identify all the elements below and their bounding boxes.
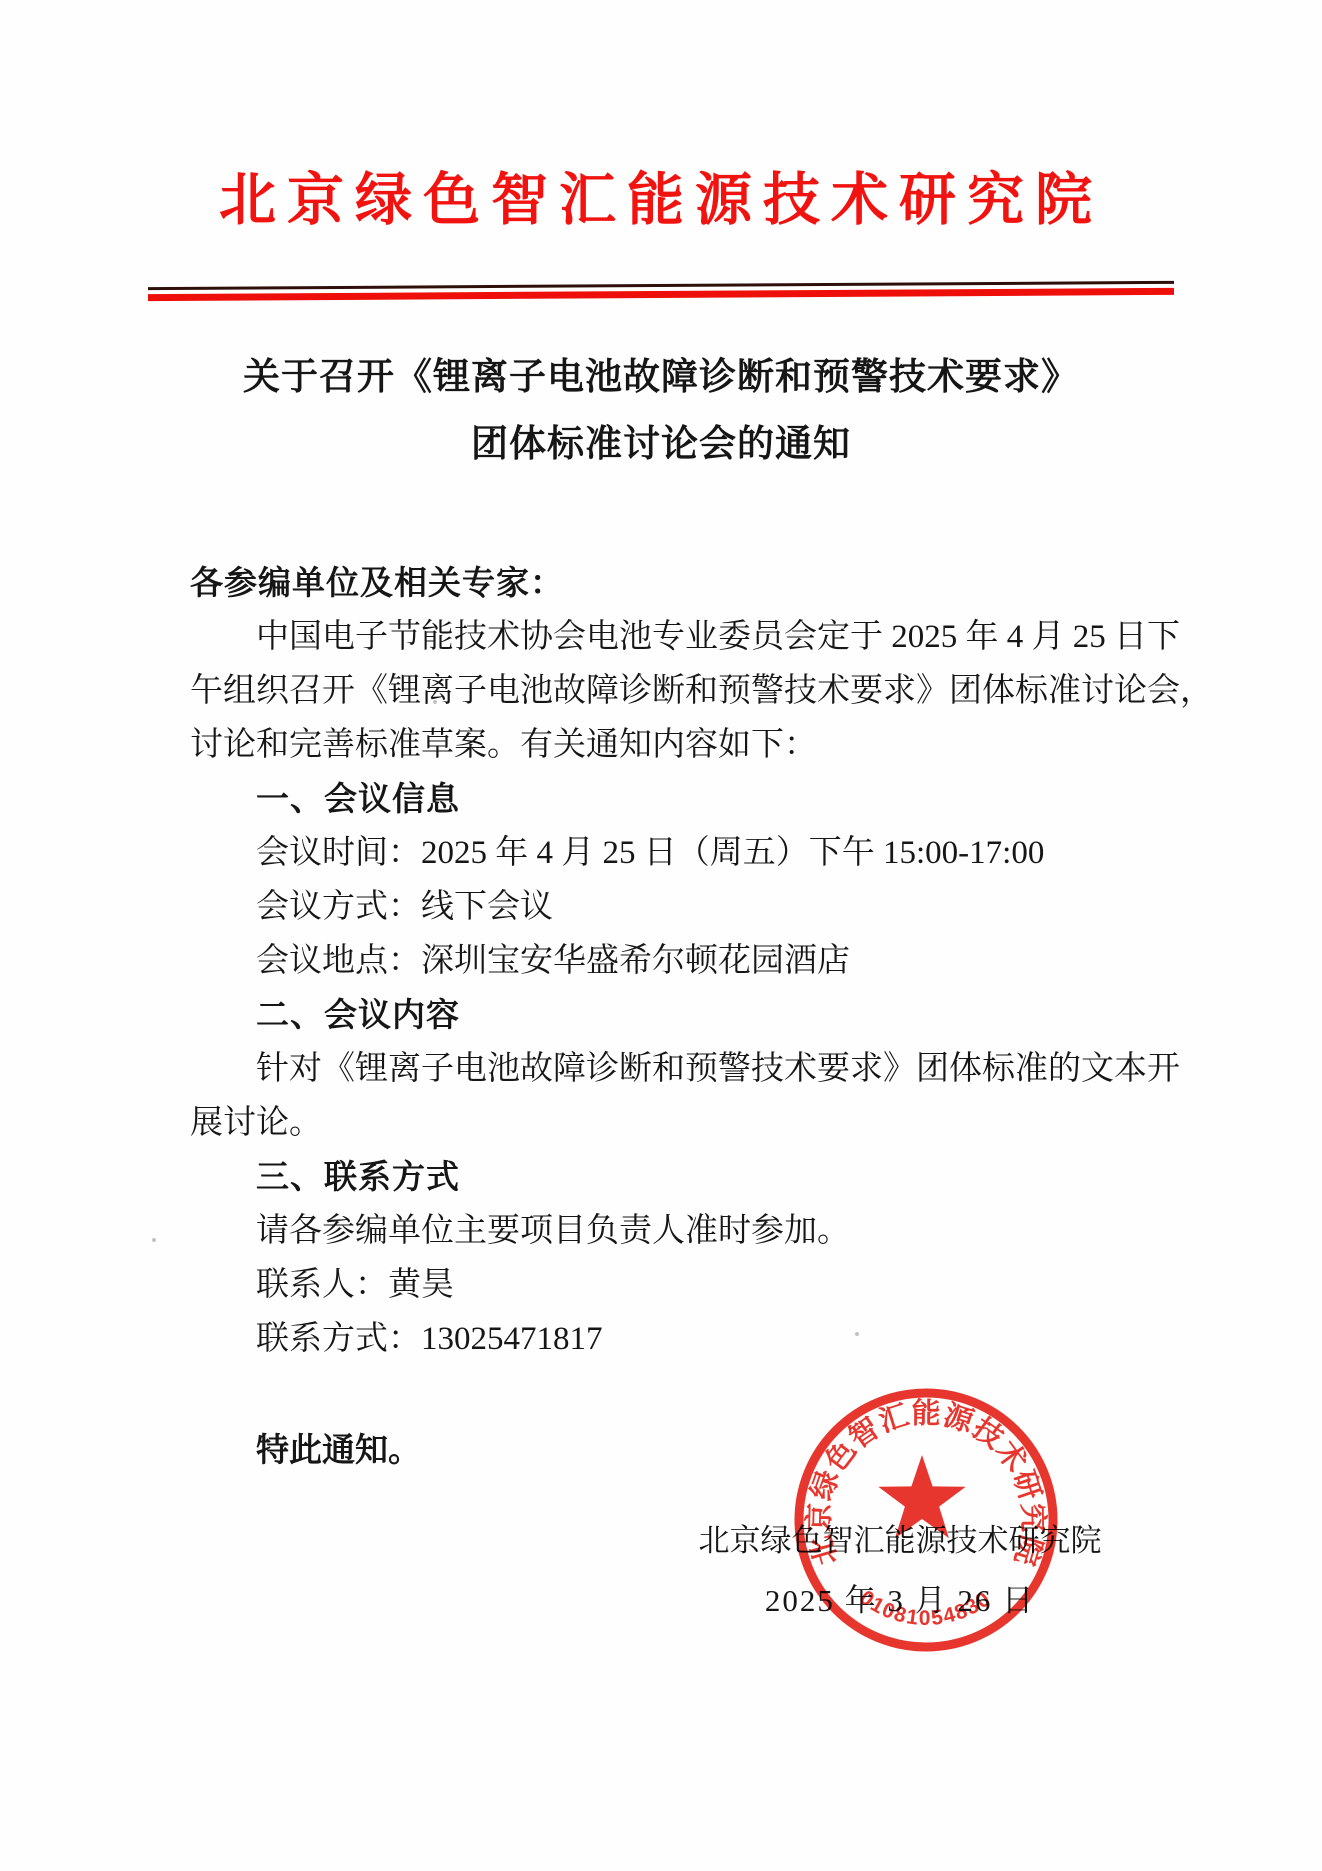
meeting-mode-line: 会议方式：线下会议 xyxy=(190,880,1140,934)
letterhead-divider xyxy=(148,284,1174,298)
official-seal-stamp: 北京绿色智汇能源技术研究院 01081054830 xyxy=(790,1384,1064,1658)
attend-request-line: 请各参编单位主要项目负责人准时参加。 xyxy=(190,1204,1140,1258)
meeting-place-line: 会议地点：深圳宝安华盛希尔顿花园酒店 xyxy=(190,934,1140,988)
seal-star-icon xyxy=(878,1455,965,1538)
notice-body: 各参编单位及相关专家： 中国电子节能技术协会电池专业委员会定于 2025 年 4… xyxy=(190,556,1140,1366)
scan-speck xyxy=(433,700,437,704)
scan-speck xyxy=(152,1238,156,1242)
meeting-time-line: 会议时间：2025 年 4 月 25 日（周五）下午 15:00-17:00 xyxy=(190,826,1140,880)
closing-phrase: 特此通知。 xyxy=(190,1424,421,1471)
seal-serial-number: 01081054830 xyxy=(855,1586,995,1630)
notice-document-page: 北京绿色智汇能源技术研究院 关于召开《锂离子电池故障诊断和预警技术要求》 团体标… xyxy=(0,0,1322,1871)
paragraph-line: 讨论和完善标准草案。有关通知内容如下： xyxy=(190,718,1140,772)
paragraph-line: 展讨论。 xyxy=(190,1096,1140,1150)
section-heading-1: 一、会议信息 xyxy=(190,772,1140,826)
salutation: 各参编单位及相关专家： xyxy=(190,556,1140,610)
document-title-line1: 关于召开《锂离子电池故障诊断和预警技术要求》 xyxy=(0,346,1322,400)
paragraph-line: 午组织召开《锂离子电池故障诊断和预警技术要求》团体标准讨论会， xyxy=(190,664,1140,718)
scan-speck xyxy=(855,1332,859,1336)
contact-phone-line: 联系方式：13025471817 xyxy=(190,1312,1140,1366)
section-heading-3: 三、联系方式 xyxy=(190,1150,1140,1204)
paragraph-line: 针对《锂离子电池故障诊断和预警技术要求》团体标准的文本开 xyxy=(190,1042,1140,1096)
section-heading-2: 二、会议内容 xyxy=(190,988,1140,1042)
paragraph-line: 中国电子节能技术协会电池专业委员会定于 2025 年 4 月 25 日下 xyxy=(190,610,1140,664)
document-title-line2: 团体标准讨论会的通知 xyxy=(0,413,1322,467)
letterhead-title: 北京绿色智汇能源技术研究院 xyxy=(0,154,1322,236)
svg-text:01081054830: 01081054830 xyxy=(855,1586,995,1630)
divider-thick-line xyxy=(148,288,1174,301)
contact-person-line: 联系人：黄昊 xyxy=(190,1258,1140,1312)
